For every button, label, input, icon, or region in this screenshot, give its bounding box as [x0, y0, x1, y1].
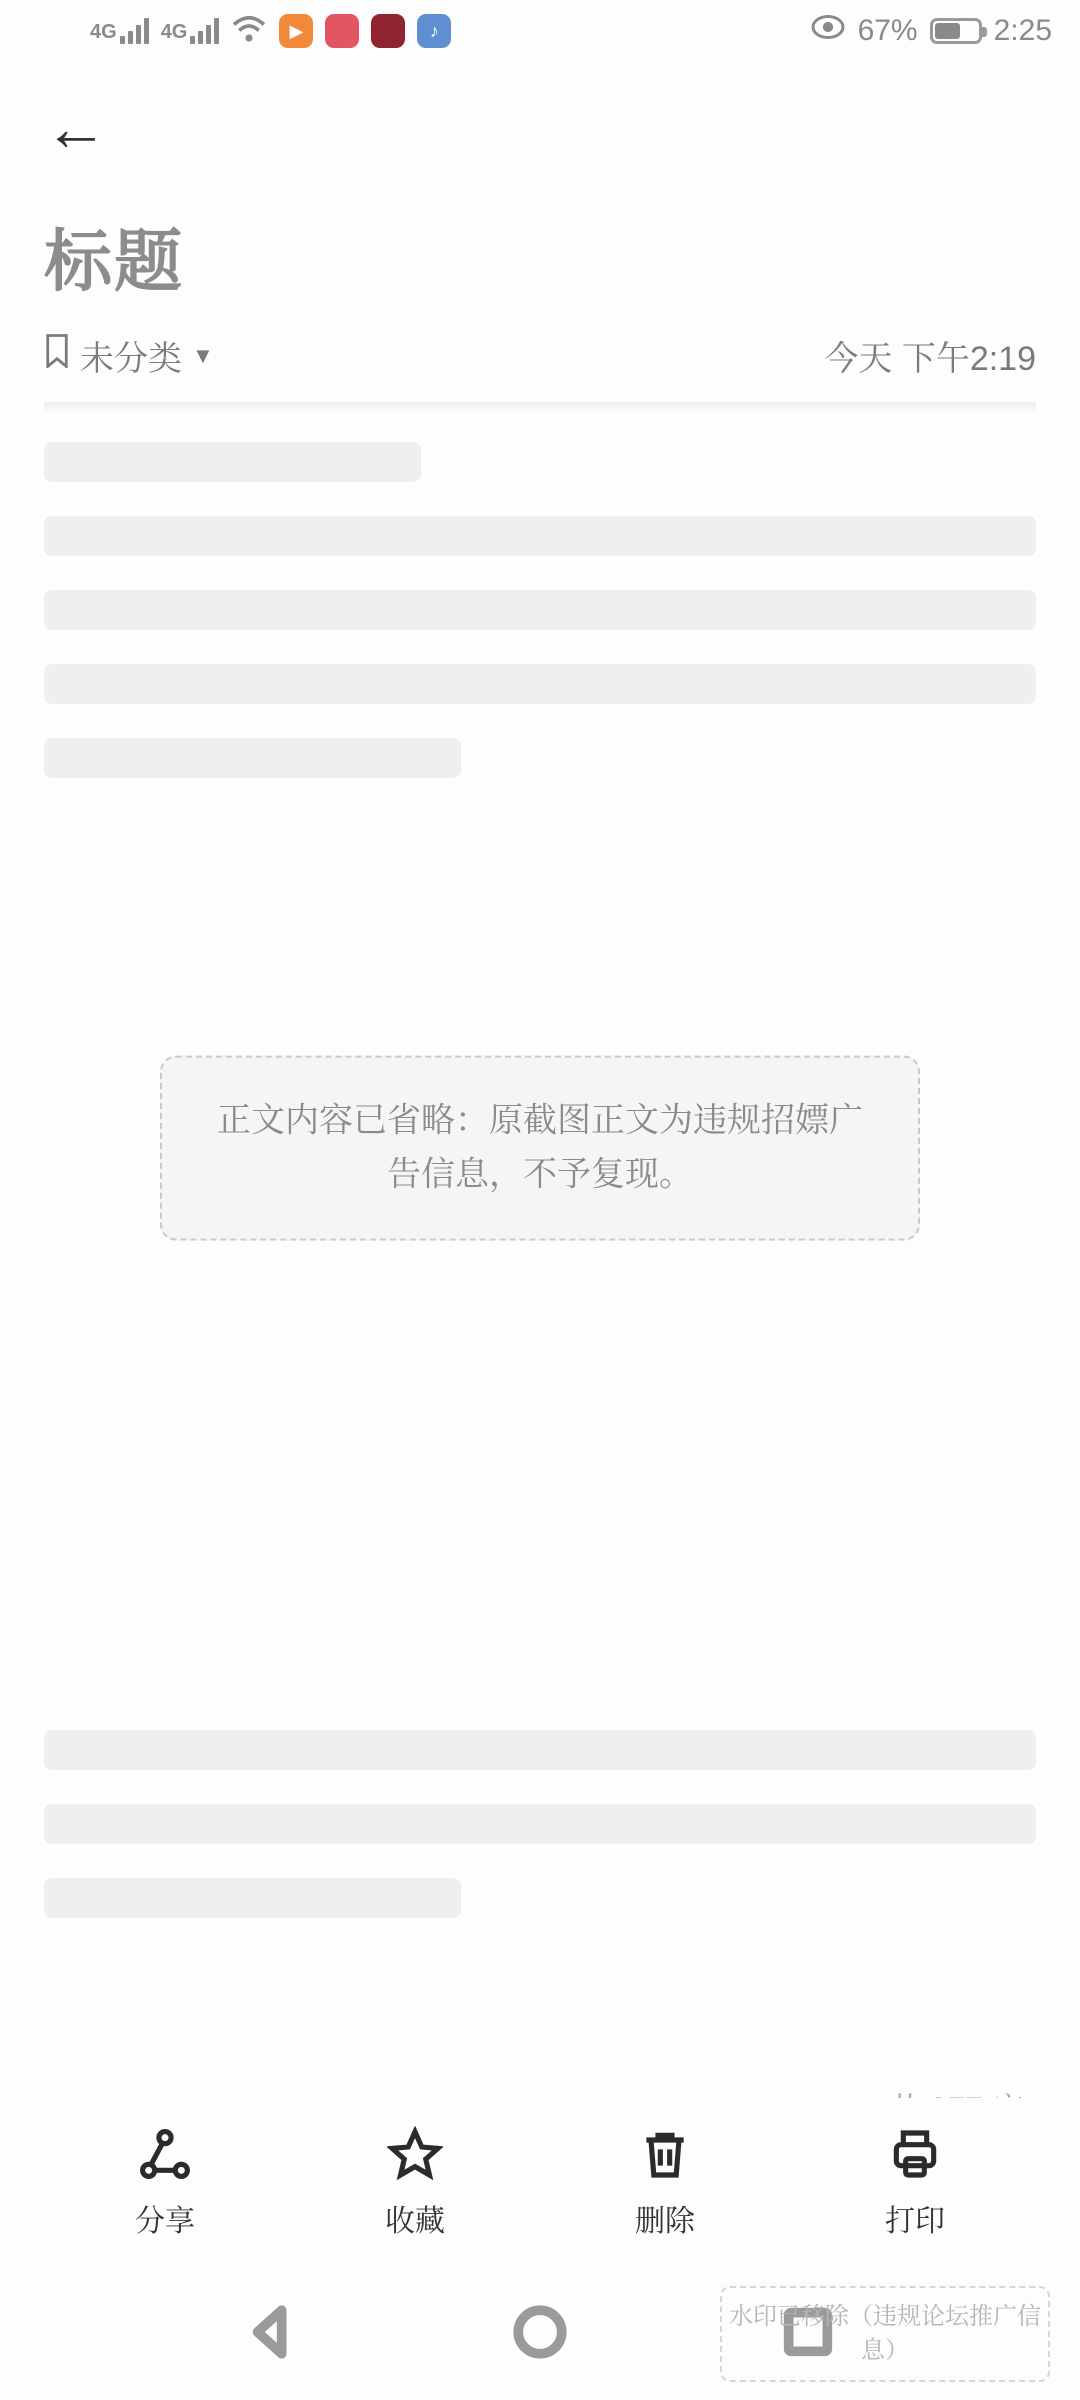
favorite-label: 收藏 [385, 2196, 445, 2240]
print-button[interactable]: 打印 [845, 2126, 985, 2240]
clock-time: 2:25 [994, 14, 1052, 48]
battery-icon [930, 18, 982, 44]
redaction-notice: 正文内容已省略：原截图正文为违规招嫖广告信息，不予复现。 [160, 1056, 920, 1241]
category-selector[interactable]: 未分类 ▼ [44, 331, 214, 380]
print-label: 打印 [885, 2196, 945, 2240]
redacted-text-line [44, 442, 421, 482]
star-icon [387, 2126, 443, 2182]
nav-back-button[interactable] [243, 2303, 301, 2366]
share-icon [137, 2126, 193, 2182]
redacted-text-line [44, 738, 461, 778]
notification-app-icon-music: ♪ [417, 14, 451, 48]
note-title[interactable]: 标题 [44, 208, 1036, 305]
bookmark-icon [44, 334, 70, 377]
redacted-text-line [44, 664, 1036, 704]
printer-icon [887, 2126, 943, 2182]
favorite-button[interactable]: 收藏 [345, 2126, 485, 2240]
redacted-text-line [44, 1804, 1036, 1844]
note-timestamp: 今天 下午2:19 [824, 331, 1036, 380]
note-header: ← 标题 未分类 ▼ 今天 下午2:19 [0, 56, 1080, 412]
redacted-text-line [44, 516, 1036, 556]
header-divider [44, 402, 1036, 412]
redacted-text-line [44, 590, 1036, 630]
eye-comfort-icon [810, 12, 846, 50]
share-label: 分享 [135, 2196, 195, 2240]
delete-button[interactable]: 删除 [595, 2126, 735, 2240]
back-button[interactable]: ← [44, 96, 114, 160]
category-label: 未分类 [80, 331, 182, 380]
delete-label: 删除 [635, 2196, 695, 2240]
notification-app-icon-dark [371, 14, 405, 48]
signal-sim2-icon: 4G [161, 18, 220, 44]
notification-app-icon-play: ▶ [279, 14, 313, 48]
notification-app-icon-red [325, 14, 359, 48]
redacted-text-line [44, 1878, 461, 1918]
share-button[interactable]: 分享 [95, 2126, 235, 2240]
bottom-toolbar: 分享 收藏 删除 打印 [0, 2098, 1080, 2268]
status-bar: 4G 4G ▶ ♪ [0, 0, 1080, 56]
nav-home-button[interactable] [511, 2303, 569, 2366]
trash-icon [637, 2126, 693, 2182]
note-content-area[interactable]: 正文内容已省略：原截图正文为违规招嫖广告信息，不予复现。 [0, 412, 1080, 2012]
battery-percentage: 67% [858, 14, 918, 48]
wifi-icon [231, 14, 267, 49]
chevron-down-icon: ▼ [192, 343, 214, 369]
signal-sim1-icon: 4G [90, 18, 149, 44]
redacted-watermark-area: 水印已移除（违规论坛推广信息） [720, 2286, 1050, 2382]
redacted-text-line [44, 1730, 1036, 1770]
phone-screen: 4G 4G ▶ ♪ [0, 0, 1080, 2400]
